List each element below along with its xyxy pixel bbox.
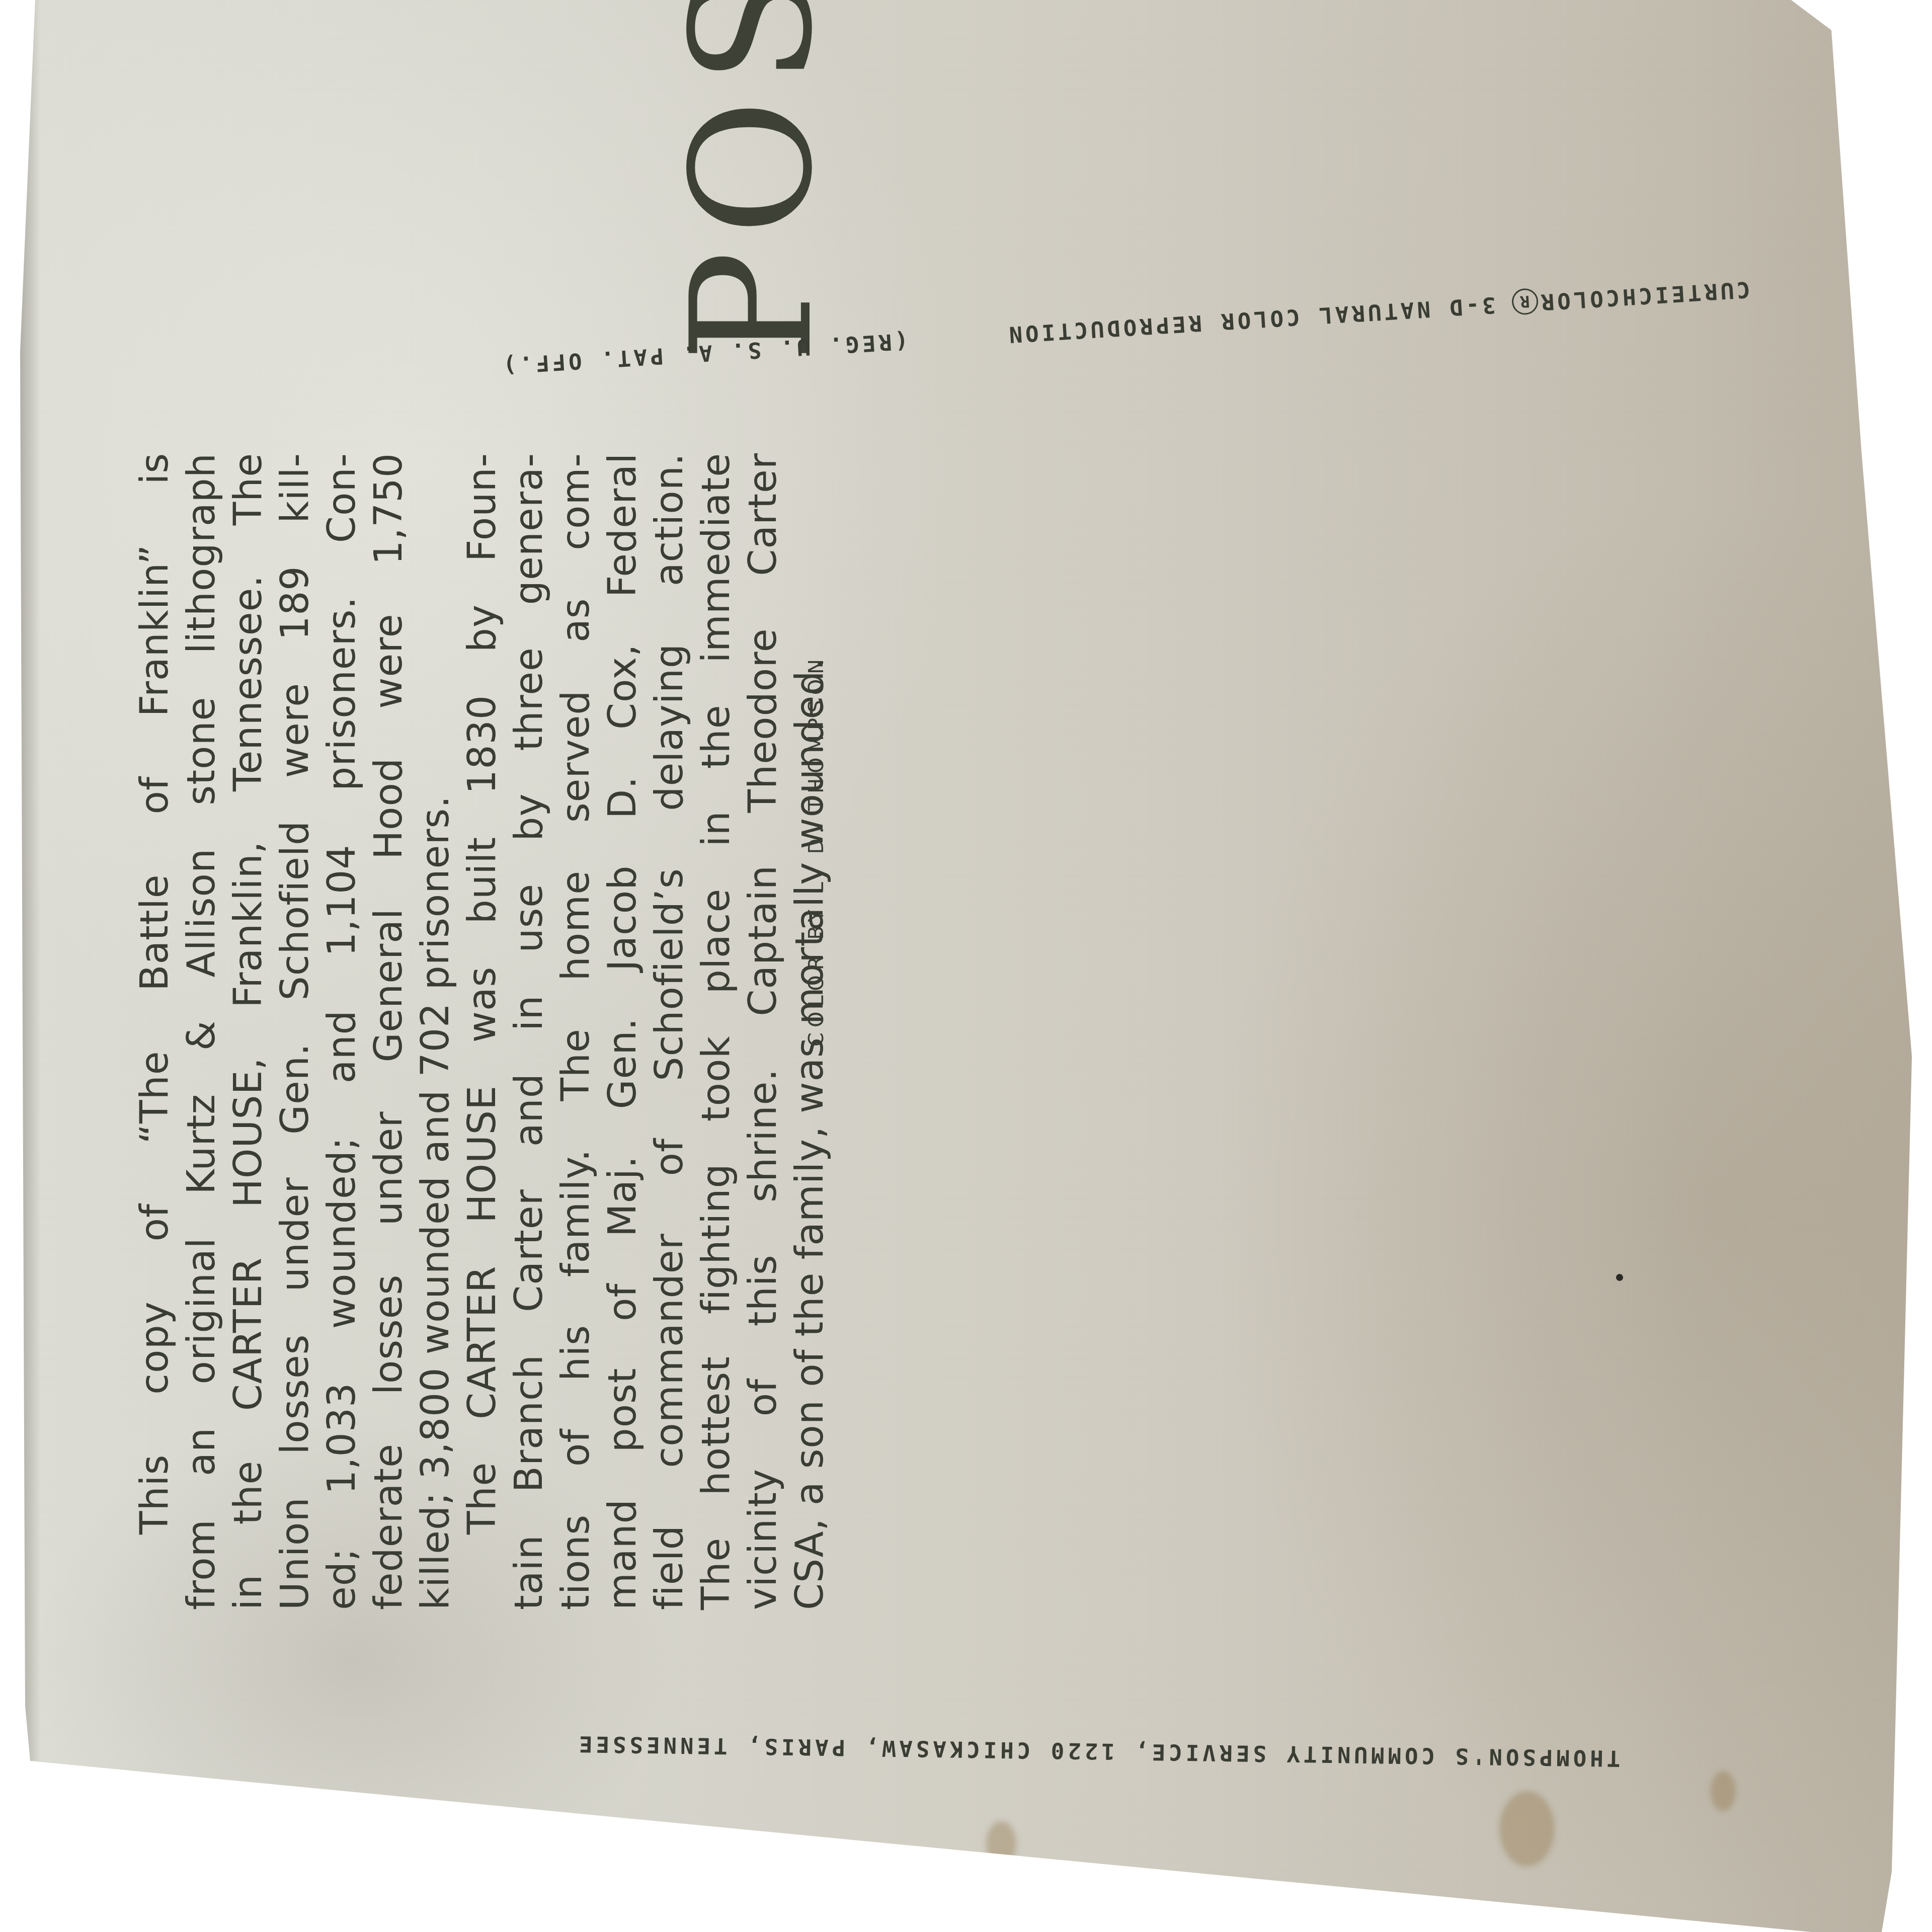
- publisher-line: THOMPSON'S COMMUNITY SERVICE, 1220 CHICK…: [576, 1731, 1621, 1771]
- registered-mark-icon: R: [1511, 288, 1539, 315]
- body-line: This copy of “The Battle of Franklin” is: [131, 453, 178, 1610]
- printer-description: 3-D NATURAL COLOR REPRODUCTION: [1005, 292, 1496, 347]
- body-line: in the CARTER HOUSE, Franklin, Tennessee…: [224, 453, 271, 1610]
- body-line: federate losses under General Hood were …: [365, 453, 412, 1610]
- post-heading: POST: [669, 0, 835, 362]
- body-line: ed; 1,033 wounded; and 1,104 prisoners. …: [318, 453, 365, 1610]
- body-line: tions of his family. The home served as …: [552, 453, 599, 1610]
- stain: [986, 1821, 1016, 1867]
- description-text: This copy of “The Battle of Franklin” is…: [131, 453, 833, 1610]
- body-line: field commander of Schofield’s delaying …: [646, 453, 692, 1610]
- body-paragraph: This copy of “The Battle of Franklin” is…: [131, 453, 458, 1610]
- body-line: vicinity of this shrine. Captain Theodor…: [739, 453, 786, 1610]
- body-line: tain Branch Carter and in use by three g…: [505, 453, 552, 1610]
- body-line: mand post of Maj. Gen. Jacob D. Cox, Fed…: [599, 453, 646, 1610]
- body-line: Union losses under Gen. Schofield were 1…: [271, 453, 318, 1610]
- body-paragraph: The CARTER HOUSE was built 1830 by Foun-…: [458, 453, 833, 1610]
- body-line: killed; 3,800 wounded and 702 prisoners.: [412, 453, 458, 1610]
- printer-brand: CURTEICHCOLOR: [1537, 276, 1751, 315]
- body-line: The CARTER HOUSE was built 1830 by Foun-: [458, 453, 505, 1610]
- card-edge-shadow: [20, 0, 40, 1761]
- postcard-back: POST CURTEICHCOLORR 3-D NATURAL COLOR RE…: [0, 0, 1932, 1932]
- body-line: The hottest fighting took place in the i…: [692, 453, 739, 1610]
- body-line: from an original Kurtz & Allison stone l…: [178, 453, 224, 1610]
- speck: [1616, 1274, 1623, 1281]
- color-credit: COLOR BY L. D. THOMPSON: [805, 654, 828, 1046]
- stain: [1711, 1771, 1736, 1811]
- stain: [1499, 1791, 1555, 1867]
